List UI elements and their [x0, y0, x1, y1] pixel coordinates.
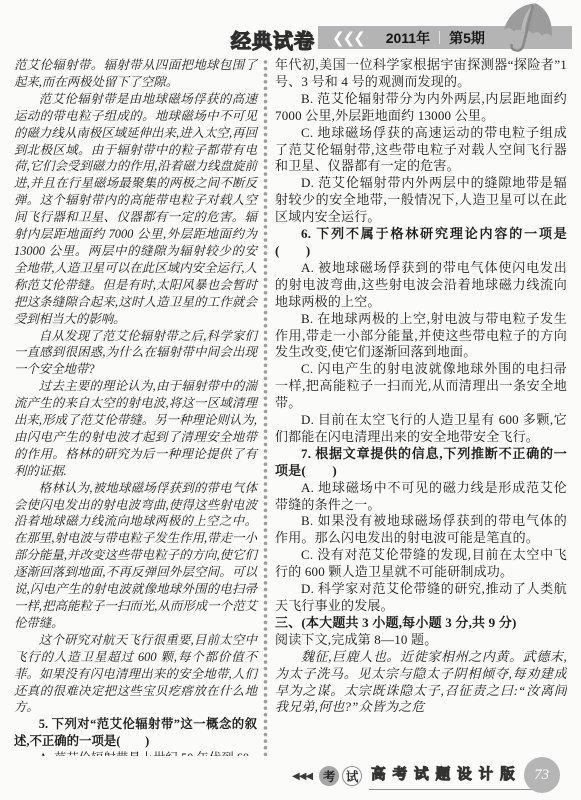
column-divider-dotted [263, 59, 268, 756]
footer-edition-title: 高考试题设计版 [369, 763, 532, 790]
footer-badge-kao: 考 [319, 766, 339, 786]
paragraph: C. 闪电产生的射电波就像地球外围的电扫帚一样,把高能粒子一扫而光,从而清理出一… [275, 361, 567, 412]
paragraph: 三、(本大题共 3 小题,每小题 3 分,共 9 分) [275, 615, 567, 632]
exam-page: 经典试卷 ❮❮❮ 2011年 第5期 范艾伦辐射带。辐射带从四面把地球包围了起来… [0, 0, 581, 800]
masthead-title: 经典试卷 [231, 25, 315, 54]
paragraph: 格林认为,被地球磁场俘获到的带电气体会使闪电发出的射电波弯曲,使得这些射电波沿着… [14, 480, 257, 632]
left-column: 范艾伦辐射带。辐射带从四面把地球包围了起来,而在两极处留下了空隙。范艾伦辐射带是… [14, 57, 257, 756]
paragraph: 7. 根据文章提供的信息,下列推断不正确的一项是( ) [275, 446, 567, 480]
paragraph: A. 被地球磁场俘获到的带电气体使闪电发出的射电波弯曲,这些射电波会沿着地球磁力… [275, 260, 567, 311]
paragraph: 自从发现了范艾伦辐射带之后,科学家们一直感到很困惑,为什么在辐射带中间会出现一个… [14, 328, 257, 379]
document-body: 范艾伦辐射带。辐射带从四面把地球包围了起来,而在两极处留下了空隙。范艾伦辐射带是… [14, 57, 567, 756]
paragraph: 过去主要的理论认为,由于辐射带中的湍流产生的来自太空的射电波,将这一区域清理出来… [14, 378, 257, 479]
paragraph: 范艾伦辐射带。辐射带从四面把地球包围了起来,而在两极处留下了空隙。 [14, 57, 257, 91]
paragraph: B. 范艾伦辐射带分为内外两层,内层距地面约 7000 公里,外层距地面约 13… [275, 91, 567, 125]
right-column: 年代初,美国一位科学家根据宇宙探测器“探险者”1 号、3 号和 4 号的观测而发… [275, 57, 567, 756]
issue-divider [439, 31, 440, 44]
triple-left-arrow-icon: ◀◀◀ [292, 771, 312, 782]
paragraph: 年代初,美国一位科学家根据宇宙探测器“探险者”1 号、3 号和 4 号的观测而发… [275, 57, 567, 91]
paragraph: C. 没有对范艾伦带缝的发现,目前在太空中飞行的 600 颗人造卫星就不可能研制… [275, 547, 567, 581]
issue-info: 2011年 第5期 [386, 28, 485, 48]
umbrella-icon [498, 0, 564, 60]
paragraph: D. 科学家对范艾伦带缝的研究,推动了人类航天飞行事业的发展。 [275, 581, 567, 615]
page-footer: ◀◀◀ 考 试 高考试题设计版 73 [292, 757, 560, 793]
footer-badge-shi: 试 [342, 766, 362, 786]
issue-year: 2011年 [386, 28, 430, 48]
paragraph: D. 目前在太空飞行的人造卫星有 600 多颗,它们都能在闪电清理出来的安全地带… [275, 412, 567, 446]
paragraph: 范艾伦辐射带是由地球磁场俘获的高速运动的带电粒子组成的。地球磁场中不可见的磁力线… [14, 91, 257, 328]
issue-number: 第5期 [449, 28, 485, 48]
paragraph: A. 地球磁场中不可见的磁力线是形成范艾伦带缝的条件之一。 [275, 480, 567, 514]
paragraph: 阅读下文,完成第 8—10 题。 [275, 632, 567, 649]
paragraph: B. 在地球两极的上空,射电波与带电粒子发生作用,带走一小部分能量,并使这些带电… [275, 311, 567, 362]
paragraph: 魏征,巨鹿人也。近徙家相州之内黄。武德末,为太子洗马。见太宗与隐太子阴相倾夺,每… [275, 649, 567, 717]
triple-left-chevron-icon: ❮❮❮ [332, 29, 364, 47]
paragraph: 5. 下列对“范艾伦辐射带”这一概念的叙述,不正确的一项是( ) [14, 716, 257, 750]
paragraph: C. 地球磁场俘获的高速运动的带电粒子组成了范艾伦辐射带,这些带电粒子对载人空间… [275, 125, 567, 176]
page-number: 73 [524, 757, 560, 793]
paragraph: A. 范艾伦辐射带是上世纪 50 年代到 60 [14, 750, 257, 756]
paragraph: 6. 下列不属于格林研究理论内容的一项是( ) [275, 226, 567, 260]
paragraph: B. 如果没有被地球磁场俘获到的带电气体的作用。那么闪电发出的射电波可能是笔直的… [275, 513, 567, 547]
paragraph: D. 范艾伦辐射带内外两层中的缝隙地带是辐射较少的安全地带,一般情况下,人造卫星… [275, 175, 567, 226]
paragraph: 这个研究对航天飞行很重要,目前太空中飞行的人造卫星超过 600 颗,每个都价值不… [14, 632, 257, 717]
